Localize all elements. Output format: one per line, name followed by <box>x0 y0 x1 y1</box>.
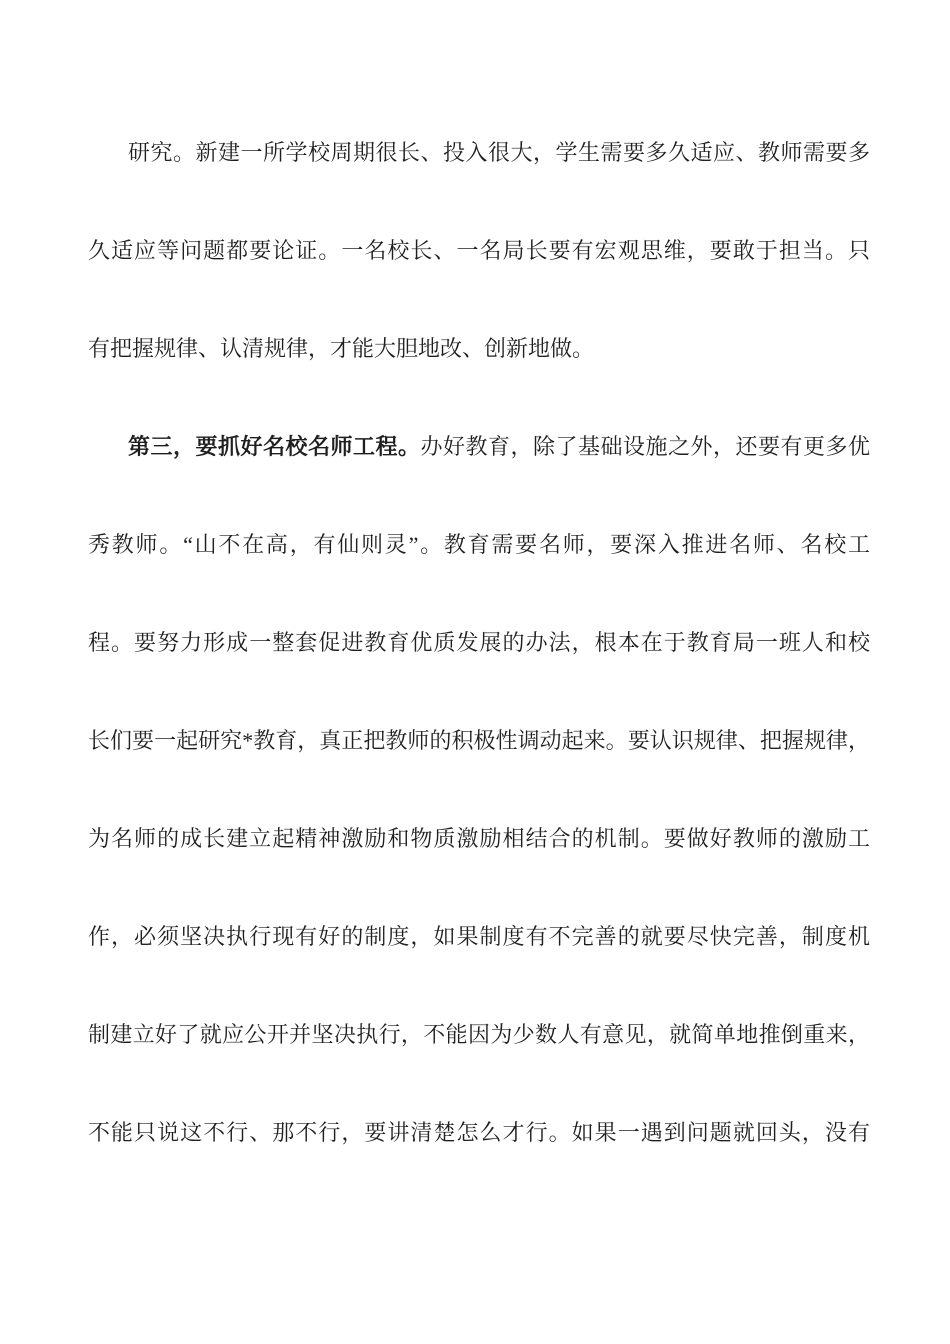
text-line: 有把握规律、认清规律，才能大胆地改、创新地做。 <box>88 300 870 398</box>
text-run: 研究。新建一所学校周期很长、投入很大，学生需要多久适应、教师需要多 <box>128 140 870 165</box>
text-run: 长们要一起研究*教育，真正把教师的积极性调动起来。要认识规律、把握规律， <box>88 728 870 753</box>
text-line: 程。要努力形成一整套促进教育优质发展的办法，根本在于教育局一班人和校 <box>88 594 870 692</box>
text-run: 有把握规律、认清规律，才能大胆地改、创新地做。 <box>88 336 594 361</box>
text-run: 办好教育，除了基础设施之外，还要有更多优 <box>421 434 870 459</box>
paragraph-third-point: 第三，要抓好名校名师工程。办好教育，除了基础设施之外，还要有更多优秀教师。“山不… <box>88 398 870 1182</box>
paragraph-continuation: 研究。新建一所学校周期很长、投入很大，学生需要多久适应、教师需要多久适应等问题都… <box>88 104 870 398</box>
text-line: 作，必须坚决执行现有好的制度，如果制度有不完善的就要尽快完善，制度机 <box>88 888 870 986</box>
text-line: 不能只说这不行、那不行，要讲清楚怎么才行。如果一遇到问题就回头，没有 <box>88 1084 870 1182</box>
text-line: 第三，要抓好名校名师工程。办好教育，除了基础设施之外，还要有更多优 <box>88 398 870 496</box>
text-line: 为名师的成长建立起精神激励和物质激励相结合的机制。要做好教师的激励工 <box>88 790 870 888</box>
text-line: 久适应等问题都要论证。一名校长、一名局长要有宏观思维，要敢于担当。只 <box>88 202 870 300</box>
text-line: 研究。新建一所学校周期很长、投入很大，学生需要多久适应、教师需要多 <box>88 104 870 202</box>
text-run: 作，必须坚决执行现有好的制度，如果制度有不完善的就要尽快完善，制度机 <box>88 924 870 949</box>
text-run: 为名师的成长建立起精神激励和物质激励相结合的机制。要做好教师的激励工 <box>88 826 870 851</box>
text-line: 秀教师。“山不在高，有仙则灵”。教育需要名师，要深入推进名师、名校工 <box>88 496 870 594</box>
document-page: 研究。新建一所学校周期很长、投入很大，学生需要多久适应、教师需要多久适应等问题都… <box>0 0 950 1344</box>
text-run: 程。要努力形成一整套促进教育优质发展的办法，根本在于教育局一班人和校 <box>88 630 870 655</box>
text-run: 久适应等问题都要论证。一名校长、一名局长要有宏观思维，要敢于担当。只 <box>88 238 870 263</box>
text-line: 制建立好了就应公开并坚决执行，不能因为少数人有意见，就简单地推倒重来， <box>88 986 870 1084</box>
text-run: 制建立好了就应公开并坚决执行，不能因为少数人有意见，就简单地推倒重来， <box>88 1022 870 1047</box>
text-run: 不能只说这不行、那不行，要讲清楚怎么才行。如果一遇到问题就回头，没有 <box>88 1120 870 1145</box>
text-line: 长们要一起研究*教育，真正把教师的积极性调动起来。要认识规律、把握规律， <box>88 692 870 790</box>
bold-heading-run: 第三，要抓好名校名师工程。 <box>128 434 421 459</box>
text-run: 秀教师。“山不在高，有仙则灵”。教育需要名师，要深入推进名师、名校工 <box>88 532 870 557</box>
